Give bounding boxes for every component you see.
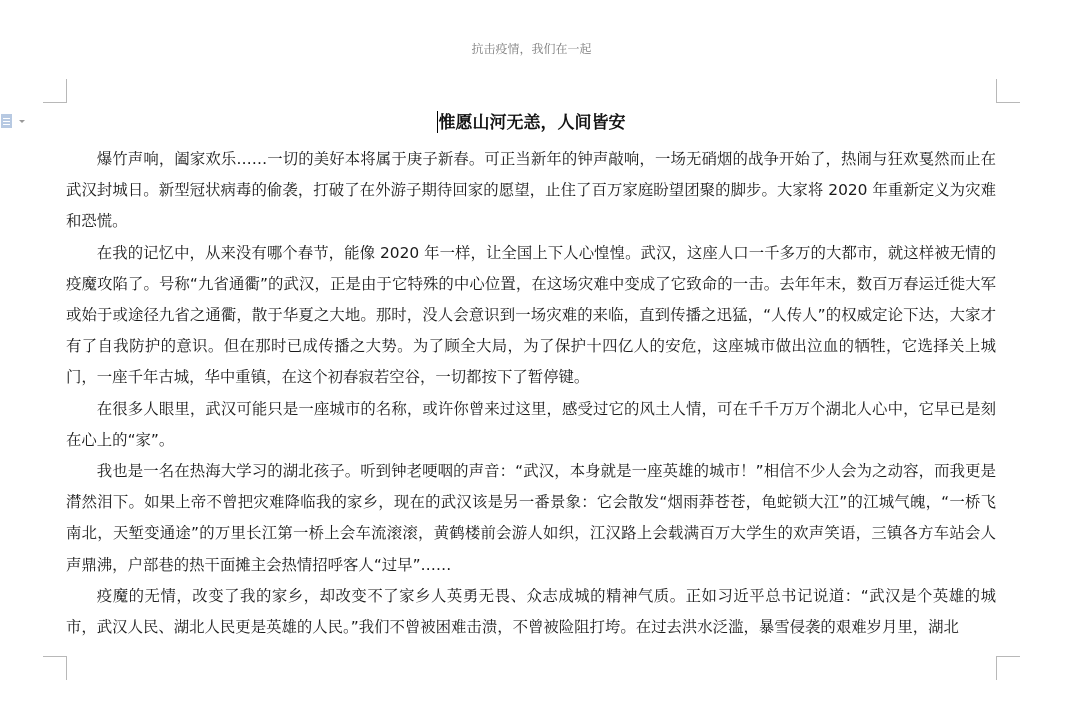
paragraph[interactable]: 疫魔的无情，改变了我的家乡，却改变不了家乡人英勇无畏、众志成城的精神气质。正如习… [66,581,996,643]
paragraph[interactable]: 在很多人眼里，武汉可能只是一座城市的名称，或许你曾来过这里，感受过它的风土人情，… [66,394,996,456]
document-icon [1,114,12,128]
margin-corner-bottom-left [43,656,67,680]
paragraph[interactable]: 爆竹声响，阖家欢乐……一切的美好本将属于庚子新春。可正当新年的钟声敲响，一场无硝… [66,144,996,238]
margin-corner-top-left [43,79,67,103]
paragraph[interactable]: 在我的记忆中，从来没有哪个春节，能像 2020 年一样，让全国上下人心惶惶。武汉… [66,238,996,394]
margin-corner-bottom-right [996,656,1020,680]
paragraph[interactable]: 我也是一名在热海大学习的湖北孩子。听到钟老哽咽的声音：“武汉，本身就是一座英雄的… [66,456,996,581]
document-title-text: 惟愿山河无恙，人间皆安 [439,113,626,133]
document-body[interactable]: 爆竹声响，阖家欢乐……一切的美好本将属于庚子新春。可正当新年的钟声敲响，一场无硝… [66,144,996,643]
chevron-down-icon [19,120,25,123]
page-header[interactable]: 抗击疫情，我们在一起 [0,40,1063,57]
document-page: 抗击疫情，我们在一起 惟愿山河无恙，人间皆安 爆竹声响，阖家欢乐……一切的美好本… [0,0,1087,708]
margin-corner-top-right [996,79,1020,103]
text-cursor [437,111,438,133]
document-title[interactable]: 惟愿山河无恙，人间皆安 [66,110,996,136]
paragraph-options-button[interactable] [0,114,26,130]
